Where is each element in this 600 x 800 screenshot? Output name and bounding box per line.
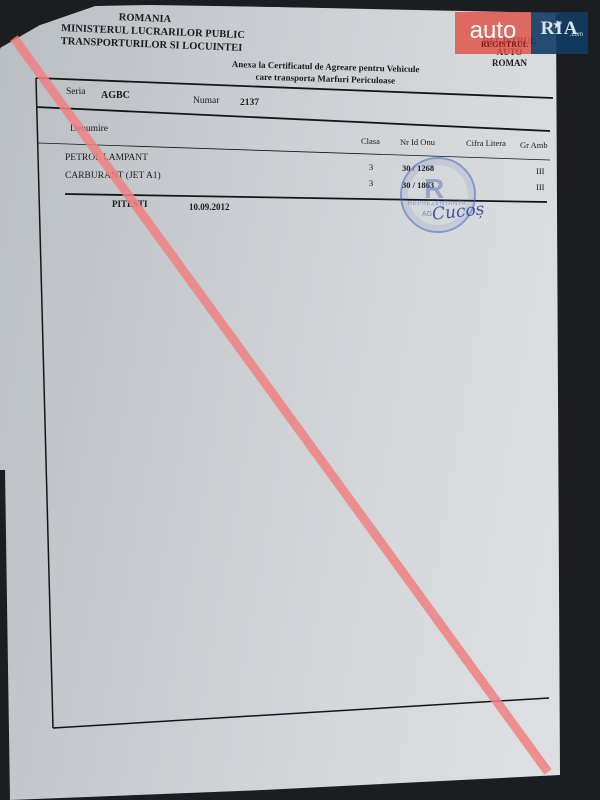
watermark-auto: auto REGISTRUL xyxy=(455,12,531,54)
seria-value: AGBC xyxy=(101,90,130,101)
numar-label: Numar xyxy=(193,96,219,106)
watermark-ria: ★ RIA .com xyxy=(531,12,588,54)
row-2-gr-amb: III xyxy=(536,182,545,192)
seria-label: Seria xyxy=(66,87,86,97)
star-icon: ★ xyxy=(553,9,563,43)
column-header-clasa: Clasa xyxy=(361,136,380,146)
row-1-clasa: 3 xyxy=(369,162,373,172)
issue-date: 10.09.2012 xyxy=(189,202,230,212)
column-header-cifra-litera: Cifra Litera xyxy=(466,138,506,148)
issuer-line-3: ROMAN xyxy=(483,58,536,69)
watermark-underlying-text: REGISTRUL xyxy=(481,40,528,50)
column-header-denumire: Denumire xyxy=(70,124,108,134)
numar-value: 2137 xyxy=(240,98,259,108)
stamp-branch: AG xyxy=(422,211,432,218)
site-watermark: auto REGISTRUL ★ RIA .com xyxy=(455,12,588,54)
column-header-nr-id-onu: Nr Id Onu xyxy=(400,137,435,147)
watermark-suffix: .com xyxy=(570,18,583,52)
row-1-gr-amb: III xyxy=(536,166,545,176)
issuing-authority: ROMANIA MINISTERUL LUCRARILOR PUBLIC TRA… xyxy=(61,9,246,55)
row-2-denumire: CARBURANT (JET A1) xyxy=(65,171,161,181)
column-header-gr-amb: Gr Amb xyxy=(520,140,548,150)
background-right xyxy=(554,0,600,800)
row-1-denumire: PETROL LAMPANT xyxy=(65,153,148,163)
row-2-clasa: 3 xyxy=(369,178,373,188)
issue-place: PITESTI xyxy=(112,199,148,209)
document-paper xyxy=(0,0,600,800)
